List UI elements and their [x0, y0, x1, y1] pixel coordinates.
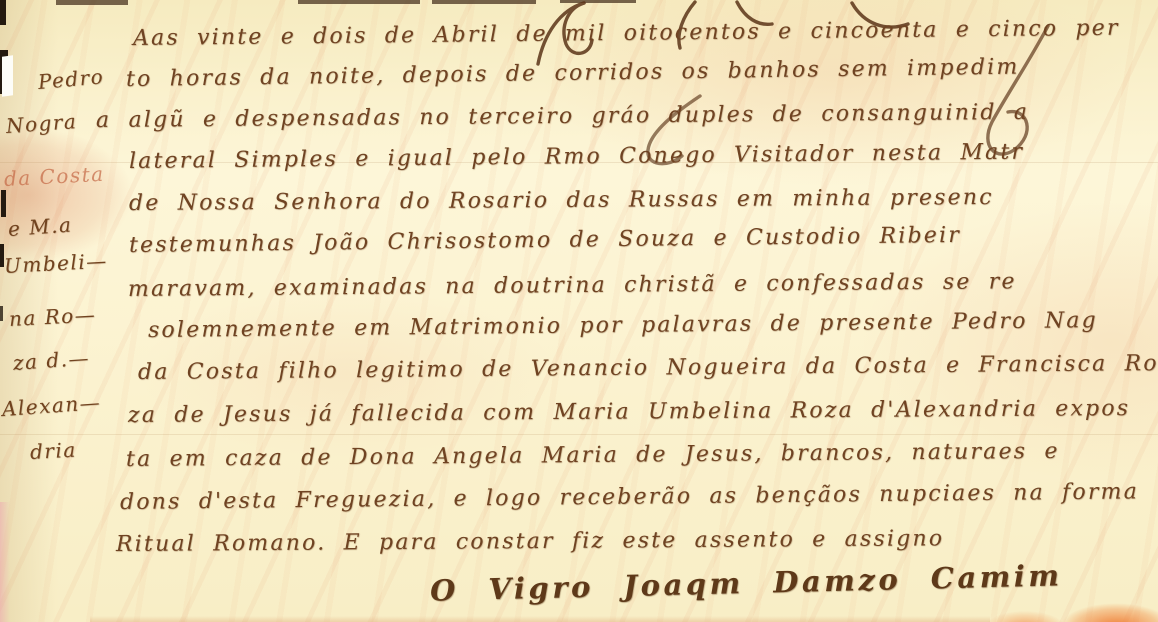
manuscript-line: maravam, examinadas na doutrina christã … [128, 269, 1017, 302]
top-edge-mark [298, 0, 420, 4]
margin-note: da Costa [3, 162, 105, 191]
margin-note: Nogra [5, 109, 78, 138]
torn-edge-mark [1, 190, 6, 217]
margin-note: dria [29, 438, 77, 464]
manuscript-line: solemnemente em Matrimonio por palavras … [148, 308, 1098, 343]
top-edge-mark [432, 0, 536, 4]
margin-note: e M.a [7, 213, 73, 241]
torn-edge-mark [0, 0, 6, 25]
margin-note: na Ro— [8, 302, 96, 331]
torn-paper-notch [2, 55, 13, 97]
manuscript-line: da Costa filho legitimo de Venancio Nogu… [138, 351, 1158, 385]
manuscript-page: Pedro Nogra da Costa e M.a Umbeli— na Ro… [0, 0, 1158, 622]
margin-note: Alexan— [1, 390, 102, 421]
orange-corner-stain [968, 588, 1158, 622]
torn-edge-mark [0, 306, 3, 321]
manuscript-line: de Nossa Senhora do Rosario das Russas e… [129, 185, 994, 216]
manuscript-line: a algũ e despensadas no terceiro gráo du… [96, 100, 1029, 133]
bottom-edge-shadow [90, 616, 990, 622]
manuscript-line: za de Jesus já fallecida com Maria Umbel… [128, 396, 1130, 428]
manuscript-line: testemunhas João Chrisostomo de Souza e … [129, 223, 961, 258]
manuscript-line: dons d'esta Freguezia, e logo receberão… [120, 479, 1139, 515]
margin-note: Pedro [37, 64, 105, 94]
manuscript-line: Ritual Romano. E para constar fiz este a… [116, 526, 944, 557]
pink-edge-stain [0, 502, 10, 622]
manuscript-line: lateral Simples e igual pelo Rmo Conego … [129, 140, 1024, 174]
manuscript-line: to horas da noite, depois de corridos os… [126, 55, 1020, 92]
margin-note: za d.— [12, 346, 90, 375]
top-edge-mark [560, 0, 636, 3]
manuscript-line: ta em caza de Dona Angela Maria de Jesus… [126, 439, 1060, 472]
manuscript-line: Aas vinte e dois de Abril de mil oitocen… [133, 16, 1120, 51]
paper-crease [0, 434, 1158, 435]
margin-note: Umbeli— [3, 249, 108, 278]
top-edge-mark [56, 0, 128, 5]
